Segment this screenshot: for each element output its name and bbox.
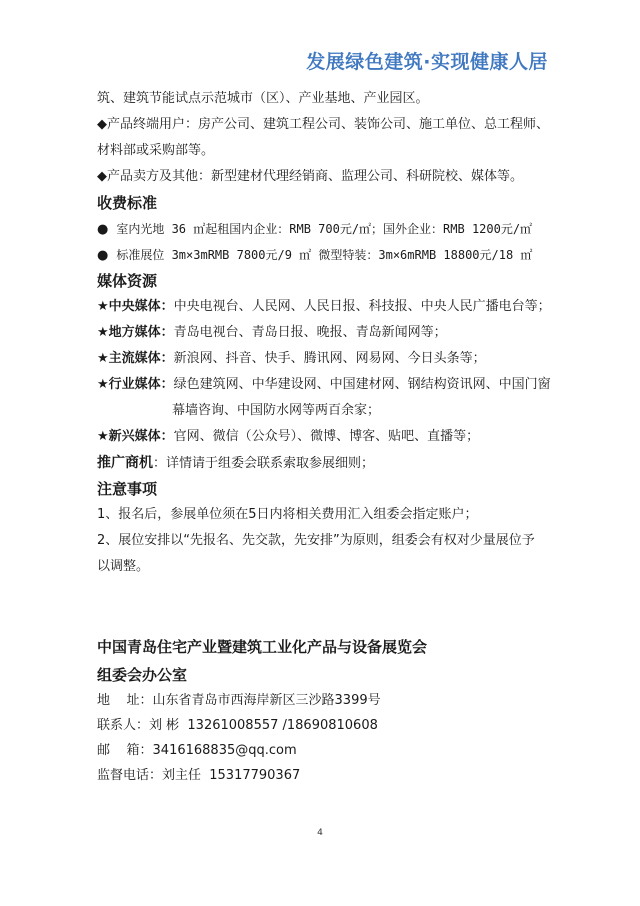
promotion-colon: ： [153, 456, 166, 471]
organizer-email: 邮 箱：3416168835@qq.com [97, 738, 557, 763]
organizer-supervisor-phone: 监督电话：刘主任 15317790367 [97, 763, 557, 788]
media-label: ★行业媒体： [97, 377, 174, 392]
note-item: 1、报名后，参展单位须在5日内将相关费用汇入组委会指定账户； [97, 502, 557, 528]
note-item: 2、展位安排以“先报名、先交款，先安排”为原则，组委会有权对少量展位予 [97, 528, 557, 554]
sellers-line: ◆产品卖方及其他：新型建材代理经销商、监理公司、科研院校、媒体等。 [97, 164, 557, 190]
end-users-line-2: 材料部或采购部等。 [97, 138, 557, 164]
media-item-mainstream: ★主流媒体：新浪网、抖音、快手、腾讯网、网易网、今日头条等； [97, 346, 557, 372]
organizer-office: 组委会办公室 [97, 662, 557, 688]
media-label: ★新兴媒体： [97, 429, 174, 444]
media-item-local: ★地方媒体：青岛电视台、青岛日报、晚报、青岛新闻网等； [97, 320, 557, 346]
media-text: 绿色建筑网、中华建设网、中国建材网、钢结构资讯网、中国门窗 [174, 377, 551, 392]
page-number: 4 [0, 828, 640, 838]
notes-heading: 注意事项 [97, 476, 557, 502]
media-heading: 媒体资源 [97, 268, 557, 294]
media-text: 新浪网、抖音、快手、腾讯网、网易网、今日头条等； [174, 351, 486, 366]
bullet-icon: ● [97, 248, 108, 263]
promotion-line: 推广商机：详情请于组委会联系索取参展细则； [97, 450, 557, 476]
spacer [97, 580, 557, 632]
media-text: 青岛电视台、青岛日报、晚报、青岛新闻网等； [174, 325, 447, 340]
fees-heading: 收费标准 [97, 190, 557, 216]
fee-text: 室内光地 36 ㎡起租国内企业：RMB 700元/㎡；国外企业：RMB 1200… [116, 222, 532, 236]
media-label: ★地方媒体： [97, 325, 174, 340]
promotion-text: 详情请于组委会联系索取参展细则； [166, 456, 374, 471]
fee-item: ●标准展位 3m×3mRMB 7800元/9 ㎡ 微型特装：3m×6mRMB 1… [97, 242, 557, 268]
bullet-icon: ● [97, 222, 108, 237]
fee-item: ●室内光地 36 ㎡起租国内企业：RMB 700元/㎡；国外企业：RMB 120… [97, 216, 557, 242]
organizer-name: 中国青岛住宅产业暨建筑工业化产品与设备展览会 [97, 634, 557, 660]
media-label: ★中央媒体： [97, 299, 174, 314]
organizer-address: 地 址：山东省青岛市西海岸新区三沙路3399号 [97, 688, 557, 713]
note-item-continuation: 以调整。 [97, 554, 557, 580]
fee-text: 标准展位 3m×3mRMB 7800元/9 ㎡ 微型特装：3m×6mRMB 18… [116, 248, 532, 262]
media-label: ★主流媒体： [97, 351, 174, 366]
organizer-contact: 联系人：刘 彬 13261008557 /18690810608 [97, 713, 557, 738]
page-header-slogan: 发展绿色建筑·实现健康人居 [306, 47, 548, 74]
media-item-central: ★中央媒体：中央电视台、人民网、人民日报、科技报、中央人民广播电台等； [97, 294, 557, 320]
page-content: 筑、建筑节能试点示范城市（区）、产业基地、产业园区。 ◆产品终端用户：房产公司、… [97, 86, 557, 788]
promotion-label: 推广商机 [97, 455, 153, 471]
media-text: 中央电视台、人民网、人民日报、科技报、中央人民广播电台等； [174, 299, 551, 314]
media-item-new-media: ★新兴媒体：官网、微信（公众号）、微博、博客、贴吧、直播等； [97, 424, 557, 450]
media-text: 官网、微信（公众号）、微博、博客、贴吧、直播等； [174, 429, 480, 444]
media-item-industry: ★行业媒体：绿色建筑网、中华建设网、中国建材网、钢结构资讯网、中国门窗 [97, 372, 557, 398]
intro-continuation: 筑、建筑节能试点示范城市（区）、产业基地、产业园区。 [97, 86, 557, 112]
end-users-line-1: ◆产品终端用户：房产公司、建筑工程公司、装饰公司、施工单位、总工程师、 [97, 112, 557, 138]
media-item-industry-continuation: 幕墙咨询、中国防水网等两百余家； [97, 398, 557, 424]
